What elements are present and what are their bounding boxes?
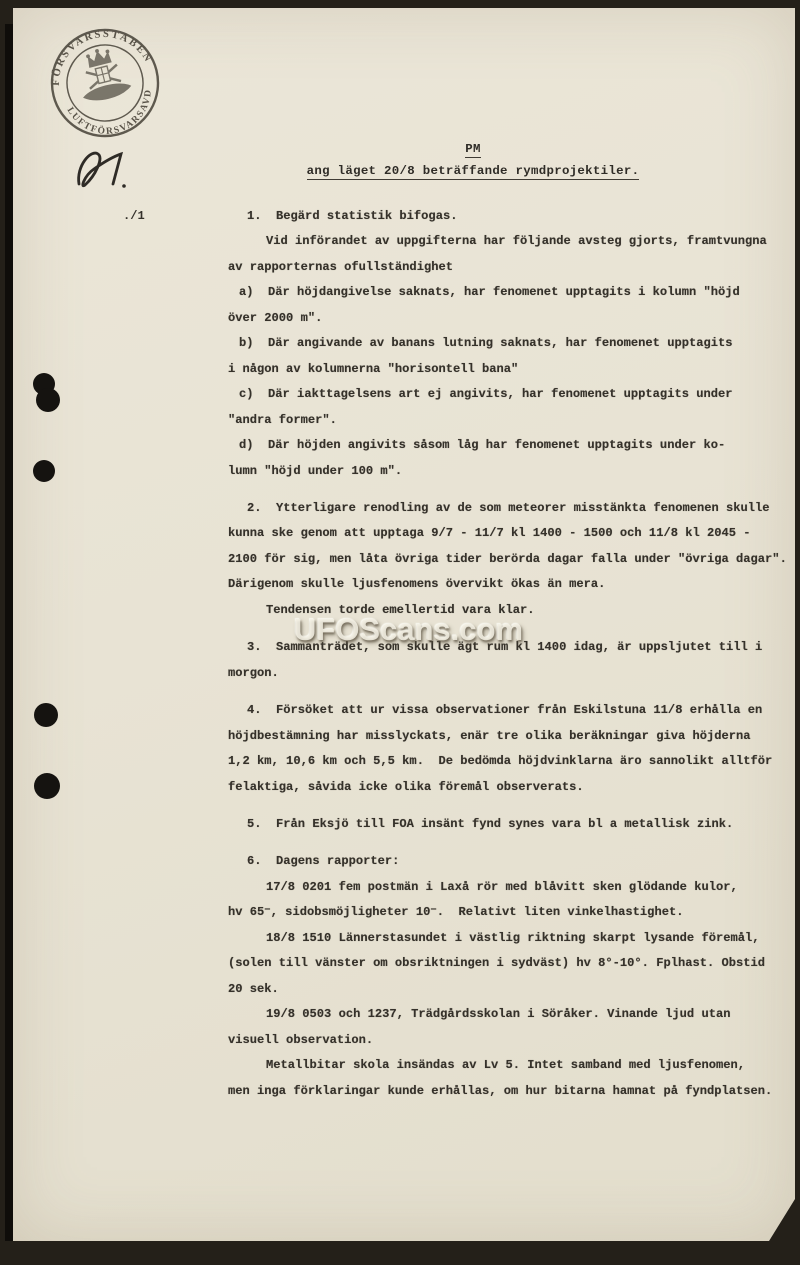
text-line: Därigenom skulle ljusfenomens övervikt ö…	[228, 572, 800, 597]
punch-holes	[13, 8, 93, 1241]
scan-edge-strip	[5, 24, 14, 1241]
margin-annotation: ./1	[123, 204, 145, 229]
scan-background: FÖRSVARSSTABEN LUFTFÖRSVARSAVD	[0, 0, 800, 1265]
text-line: 18/8 1510 Lännerstasundet i västlig rikt…	[228, 926, 800, 951]
text-line: 19/8 0503 och 1237, Trädgårdsskolan i Sö…	[228, 1002, 800, 1027]
text-line: 1. Begärd statistik bifogas.	[228, 204, 800, 229]
document-subheading: ang läget 20/8 beträffande rymdprojektil…	[228, 160, 718, 182]
text-line: felaktiga, såvida icke olika föremål obs…	[228, 775, 800, 800]
text-line: 4. Försöket att ur vissa observationer f…	[228, 698, 800, 723]
text-line: i någon av kolumnerna "horisontell bana"	[228, 357, 800, 382]
text-line: d) Där höjden angivits såsom låg har fen…	[228, 433, 800, 458]
text-line: 6. Dagens rapporter:	[228, 849, 800, 874]
text-line: a) Där höjdangivelse saknats, har fenome…	[228, 280, 800, 305]
text-line: av rapporternas ofullständighet	[228, 255, 800, 280]
text-line: 2100 för sig, men låta övriga tider berö…	[228, 547, 800, 572]
watermark: UFOScans.com	[294, 612, 523, 648]
text-line: 20 sek.	[228, 977, 800, 1002]
document-heading: PM	[228, 138, 718, 160]
text-line: 17/8 0201 fem postmän i Laxå rör med blå…	[228, 875, 800, 900]
document-page: FÖRSVARSSTABEN LUFTFÖRSVARSAVD	[13, 8, 795, 1241]
text-line: men inga förklaringar kunde erhållas, om…	[228, 1079, 800, 1104]
text-line: 2. Ytterligare renodling av de som meteo…	[228, 496, 800, 521]
text-line: b) Där angivande av banans lutning sakna…	[228, 331, 800, 356]
text-line: lumn "höjd under 100 m".	[228, 459, 800, 484]
heading-text: PM	[465, 142, 480, 158]
text-line: 1,2 km, 10,6 km och 5,5 km. De bedömda h…	[228, 749, 800, 774]
text-line: c) Där iakttagelsens art ej angivits, ha…	[228, 382, 800, 407]
text-line: visuell observation.	[228, 1028, 800, 1053]
text-line: hv 65⁻, sidobsmöjligheter 10⁻. Relativt …	[228, 900, 800, 925]
document-body: 1. Begärd statistik bifogas.Vid införand…	[228, 204, 800, 1104]
text-line: 5. Från Eksjö till FOA insänt fynd synes…	[228, 812, 800, 837]
text-line: Metallbitar skola insändas av Lv 5. Inte…	[228, 1053, 800, 1078]
text-line: morgon.	[228, 661, 800, 686]
text-line: höjdbestämning har misslyckats, enär tre…	[228, 724, 800, 749]
text-line: (solen till vänster om obsriktningen i s…	[228, 951, 800, 976]
text-line: över 2000 m".	[228, 306, 800, 331]
subheading-text: ang läget 20/8 beträffande rymdprojektil…	[307, 164, 640, 180]
text-line: "andra former".	[228, 408, 800, 433]
title-block: PM ang läget 20/8 beträffande rymdprojek…	[228, 138, 718, 182]
text-line: kunna ske genom att upptaga 9/7 - 11/7 k…	[228, 521, 800, 546]
text-line: Vid införandet av uppgifterna har följan…	[228, 229, 800, 254]
